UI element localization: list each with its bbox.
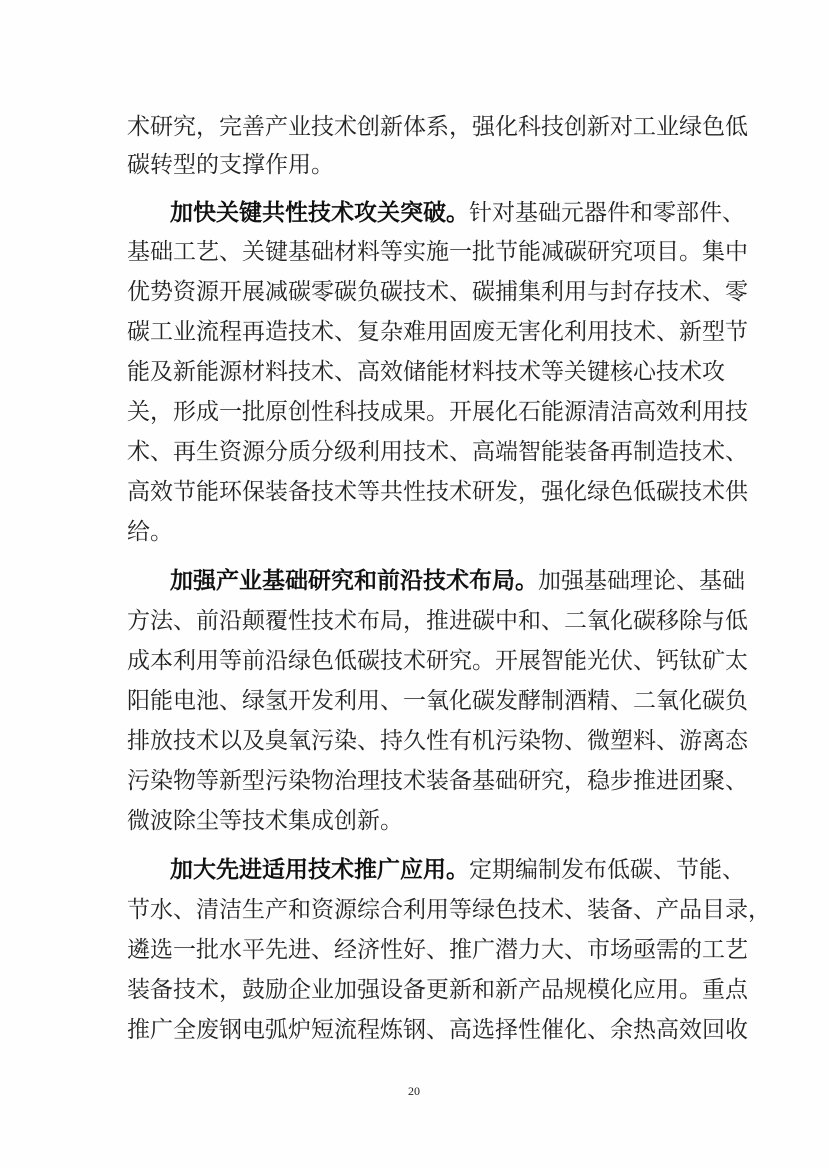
paragraph-3-line-7: 微波除尘等技术集成创新。: [127, 806, 703, 836]
paragraph-3-line-6: 污染物等新型污染物治理技术装备基础研究，稳步推进团聚、: [127, 766, 703, 796]
paragraph-2-line-3: 优势资源开展减碳零碳负碳技术、碳捕集利用与封存技术、零: [127, 277, 703, 307]
paragraph-3-heading: 加强产业基础研究和前沿技术布局。: [170, 567, 538, 594]
paragraph-4-line-2: 节水、清洁生产和资源综合利用等绿色技术、装备、产品目录，: [127, 895, 703, 925]
paragraph-1-line-2: 碳转型的支撑作用。: [127, 150, 703, 180]
document-page: 术研究，完善产业技术创新体系，强化科技创新对工业绿色低 碳转型的支撑作用。 加快…: [0, 0, 828, 1169]
paragraph-2-line-4: 碳工业流程再造技术、复杂难用固废无害化利用技术、新型节: [127, 317, 703, 347]
paragraph-4-first-line-text: 定期编制发布低碳、节能、: [469, 857, 745, 883]
paragraph-2-line-2: 基础工艺、关键基础材料等实施一批节能减碳研究项目。集中: [127, 237, 703, 267]
paragraph-2-line-7: 术、再生资源分质分级利用技术、高端智能装备再制造技术、: [127, 437, 703, 467]
paragraph-4-line-3: 遴选一批水平先进、经济性好、推广潜力大、市场亟需的工艺: [127, 935, 703, 965]
paragraph-2-line-9: 给。: [127, 517, 703, 547]
paragraph-3-line-1: 加强产业基础研究和前沿技术布局。加强基础理论、基础: [170, 566, 703, 596]
paragraph-2-line-5: 能及新能源材料技术、高效储能材料技术等关键核心技术攻: [127, 357, 703, 387]
paragraph-3-line-5: 排放技术以及臭氧污染、持久性有机污染物、微塑料、游离态: [127, 726, 703, 756]
paragraph-3-line-2: 方法、前沿颠覆性技术布局，推进碳中和、二氧化碳移除与低: [127, 606, 703, 636]
paragraph-2-line-8: 高效节能环保装备技术等共性技术研发，强化绿色低碳技术供: [127, 477, 703, 507]
paragraph-3-first-line-text: 加强基础理论、基础: [538, 568, 745, 594]
paragraph-3-line-4: 阳能电池、绿氢开发利用、一氧化碳发酵制酒精、二氧化碳负: [127, 686, 703, 716]
paragraph-1-line-1: 术研究，完善产业技术创新体系，强化科技创新对工业绿色低: [127, 112, 703, 142]
paragraph-2-line-1: 加快关键共性技术攻关突破。针对基础元器件和零部件、: [170, 198, 703, 228]
page-number: 20: [0, 1084, 828, 1099]
paragraph-2-first-line-text: 针对基础元器件和零部件、: [469, 200, 745, 226]
paragraph-3-line-3: 成本利用等前沿绿色低碳技术研究。开展智能光伏、钙钛矿太: [127, 646, 703, 676]
paragraph-4-line-5: 推广全废钢电弧炉短流程炼钢、高选择性催化、余热高效回收: [127, 1015, 703, 1045]
paragraph-4-line-1: 加大先进适用技术推广应用。定期编制发布低碳、节能、: [170, 855, 703, 885]
paragraph-2-heading: 加快关键共性技术攻关突破。: [170, 199, 469, 226]
paragraph-4-heading: 加大先进适用技术推广应用。: [170, 856, 469, 883]
paragraph-4-line-4: 装备技术，鼓励企业加强设备更新和新产品规模化应用。重点: [127, 975, 703, 1005]
paragraph-2-line-6: 关，形成一批原创性科技成果。开展化石能源清洁高效利用技: [127, 397, 703, 427]
